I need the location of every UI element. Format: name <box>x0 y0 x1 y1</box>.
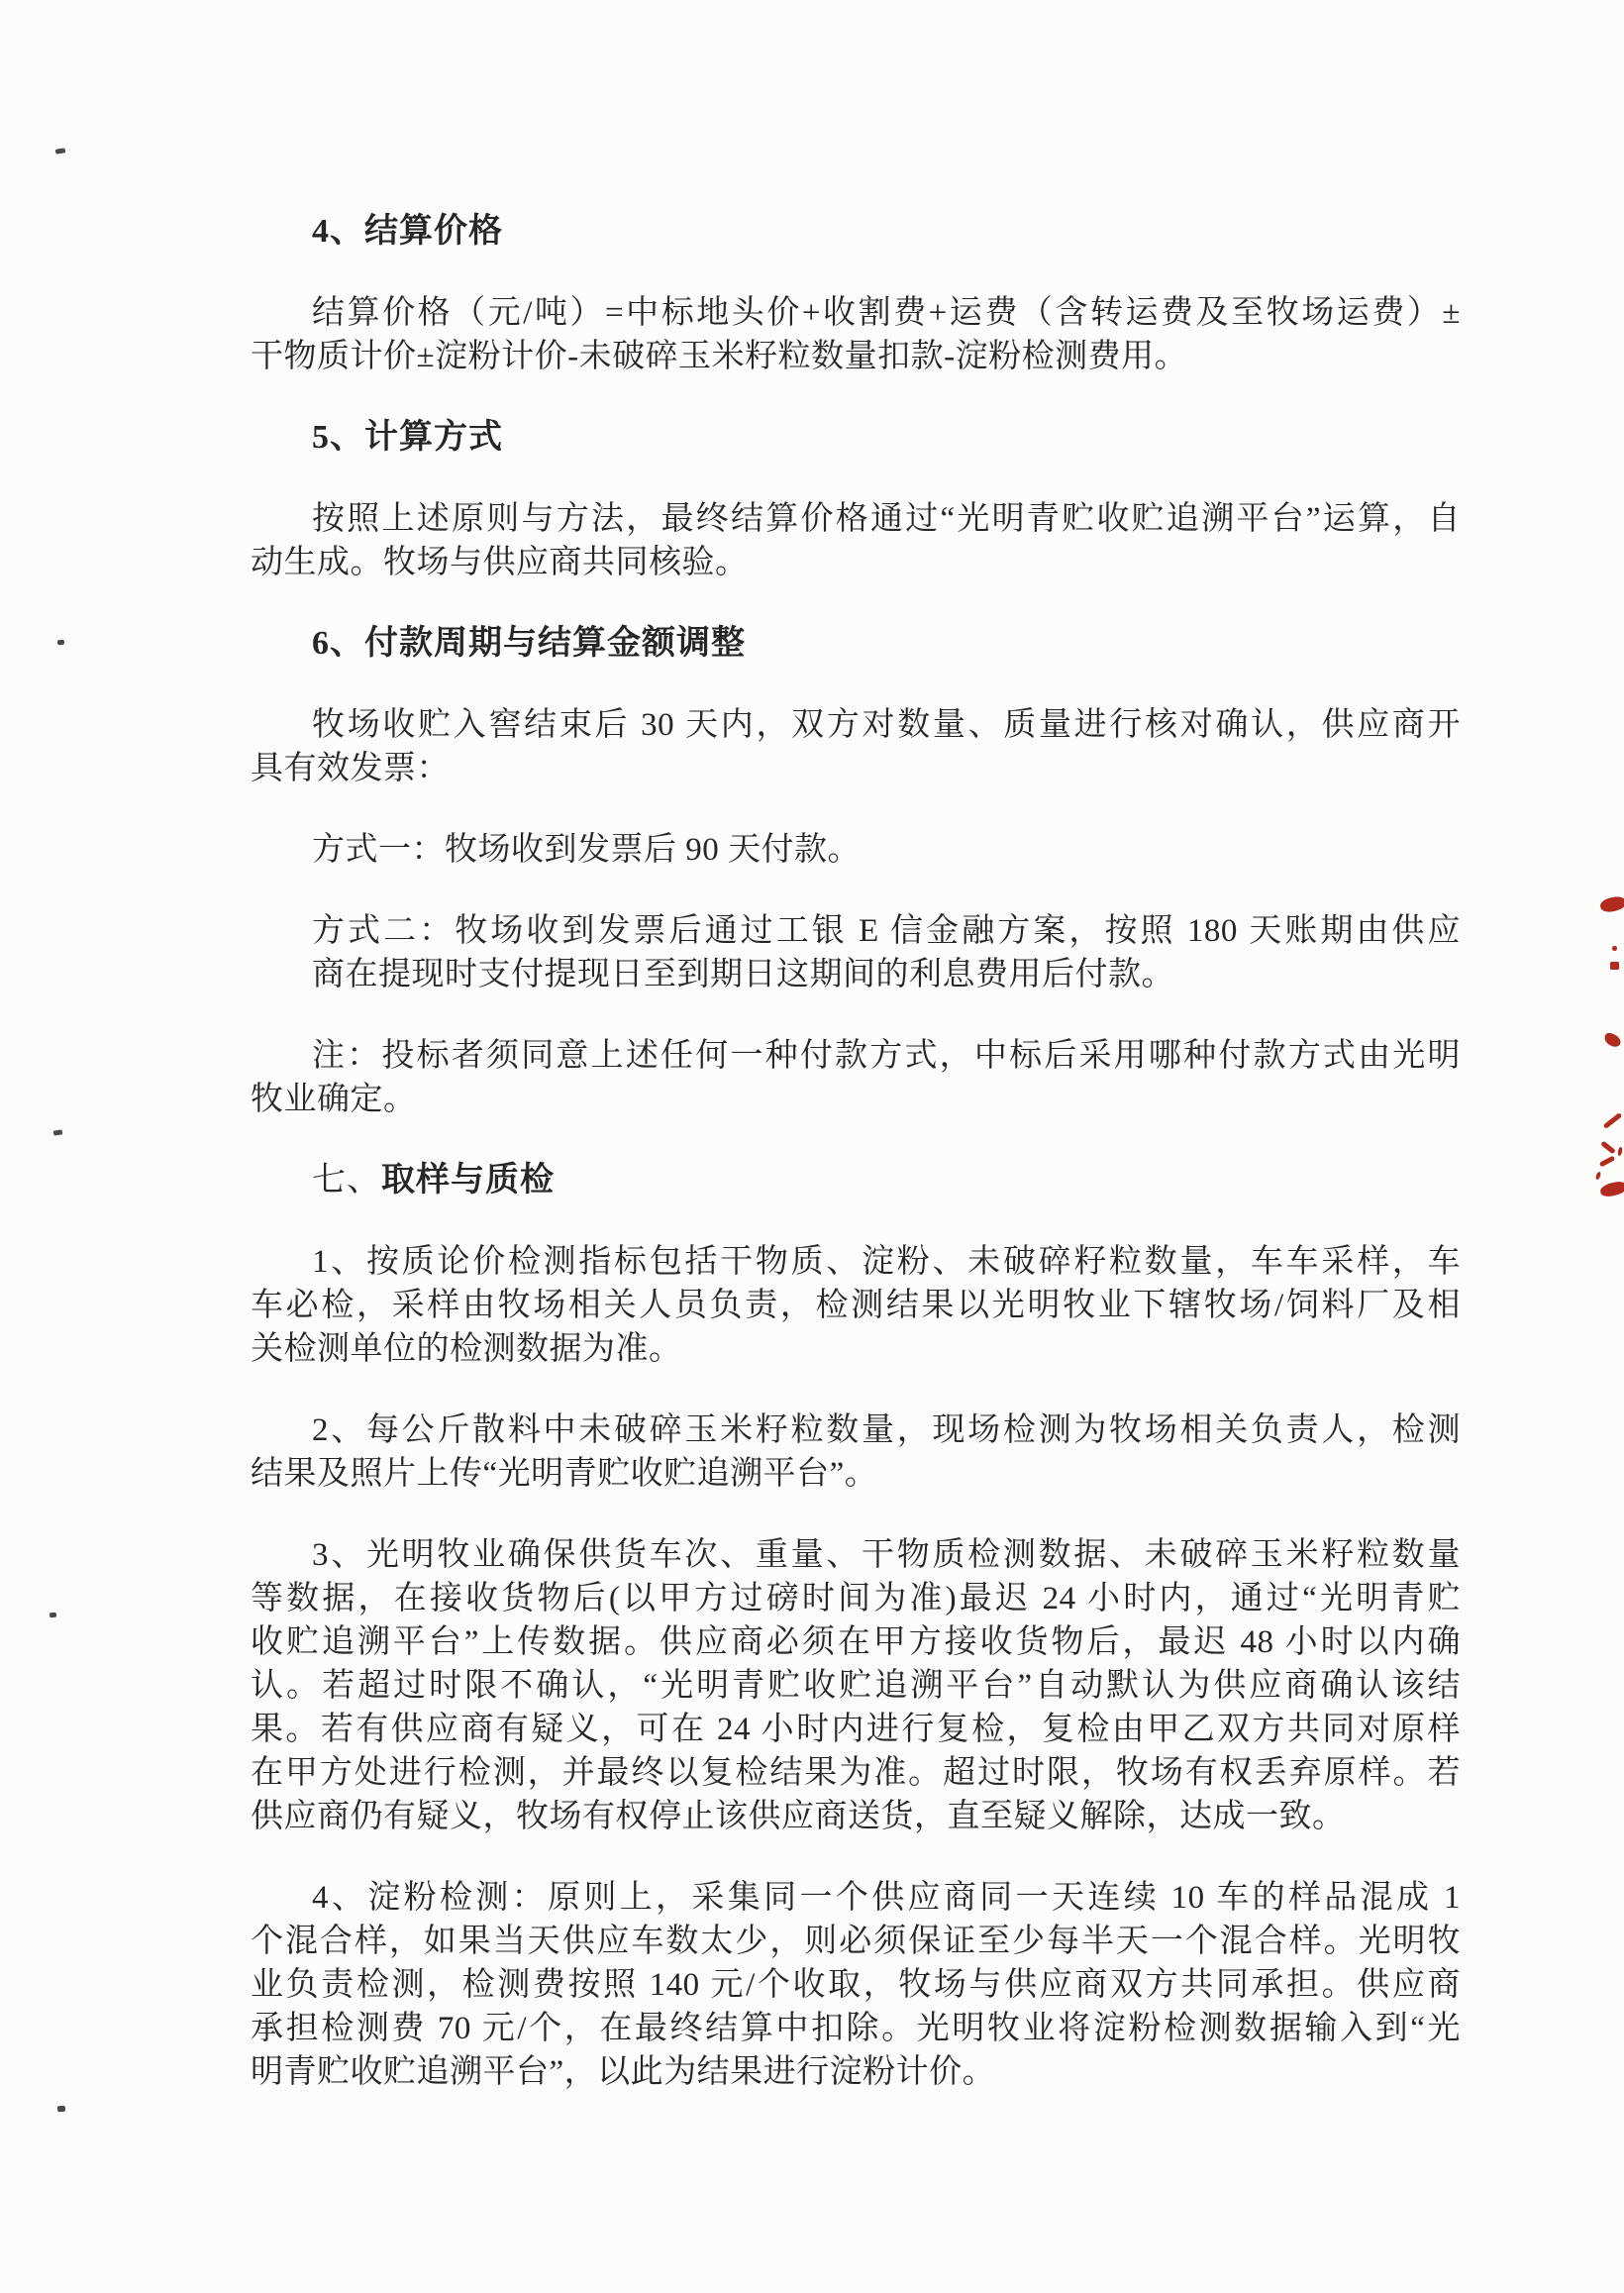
text-line: 明青贮收贮追溯平台”，以此为结果进行淀粉计价。 <box>251 2050 1461 2094</box>
heading-7-number: 七、 <box>312 1162 381 1199</box>
text-line: 车必检，采样由牧场相关人员负责，检测结果以光明牧业下辖牧场/饲料厂及相 <box>251 1284 1461 1327</box>
scan-dot <box>50 1613 56 1618</box>
text-line: 关检测单位的检测数据为准。 <box>251 1327 1461 1371</box>
text-line: 牧场收贮入窖结束后 30 天内，双方对数量、质量进行核对确认，供应商开 <box>251 703 1461 747</box>
text-line: 1、按质论价检测指标包括干物质、淀粉、未破碎籽粒数量，车车采样，车 <box>251 1240 1461 1284</box>
text-line: 承担检测费 70 元/个，在最终结算中扣除。光明牧业将淀粉检测数据输入到“光 <box>251 2007 1461 2050</box>
para-sampling-1: 1、按质论价检测指标包括干物质、淀粉、未破碎籽粒数量，车车采样，车 车必检，采样… <box>251 1240 1461 1371</box>
text-line: 在甲方处进行检测，并最终以复检结果为准。超过时限，牧场有权丢弃原样。若 <box>251 1751 1461 1795</box>
para-payment-method-2: 方式二：牧场收到发票后通过工银 E 信金融方案，按照 180 天账期由供应 商在… <box>251 909 1461 996</box>
document-body: 4、结算价格 结算价格（元/吨）=中标地头价+收割费+运费（含转运费及至牧场运费… <box>251 210 1461 2132</box>
para-starch-testing: 4、淀粉检测：原则上，采集同一个供应商同一天连续 10 车的样品混成 1 个混合… <box>251 1876 1461 2094</box>
para-payment-method-1: 方式一：牧场收到发票后 90 天付款。 <box>251 828 1461 872</box>
para-payment-note: 注：投标者须同意上述任何一种付款方式，中标后采用哪种付款方式由光明 牧业确定。 <box>251 1034 1461 1121</box>
text-line: 认。若超过时限不确认，“光明青贮收贮追溯平台”自动默认为供应商确认该结 <box>251 1664 1461 1708</box>
document-page: 4、结算价格 结算价格（元/吨）=中标地头价+收割费+运费（含转运费及至牧场运费… <box>0 0 1624 2293</box>
text-line: 收贮追溯平台”上传数据。供应商必须在甲方接收货物后，最迟 48 小时以内确 <box>251 1620 1461 1664</box>
red-stamp-fragment <box>1595 1172 1601 1181</box>
text-line: 牧业确定。 <box>251 1078 1461 1121</box>
text-line: 结果及照片上传“光明青贮收贮追溯平台”。 <box>251 1452 1461 1496</box>
text-line: 商在提现时支付提现日至到期日这期间的利息费用后付款。 <box>251 953 1461 996</box>
heading-section-4: 4、结算价格 <box>251 210 1461 254</box>
red-stamp-fragment <box>1610 962 1619 970</box>
text-line: 干物质计价±淀粉计价-未破碎玉米籽粒数量扣款-淀粉检测费用。 <box>251 335 1461 378</box>
text-line: 3、光明牧业确保供货车次、重量、干物质检测数据、未破碎玉米籽粒数量 <box>251 1533 1461 1577</box>
heading-section-5: 5、计算方式 <box>251 416 1461 460</box>
text-line: 方式一：牧场收到发票后 90 天付款。 <box>251 828 1461 872</box>
text-line: 结算价格（元/吨）=中标地头价+收割费+运费（含转运费及至牧场运费）± <box>251 291 1461 335</box>
text-line: 按照上述原则与方法，最终结算价格通过“光明青贮收贮追溯平台”运算，自 <box>251 497 1461 541</box>
red-stamp-fragment <box>1603 1032 1623 1049</box>
para-sampling-2: 2、每公斤散料中未破碎玉米籽粒数量，现场检测为牧场相关负责人，检测 结果及照片上… <box>251 1408 1461 1496</box>
text-line: 4、淀粉检测：原则上，采集同一个供应商同一天连续 10 车的样品混成 1 <box>251 1876 1461 1920</box>
scan-dot <box>57 2106 65 2113</box>
red-stamp-fragment <box>1603 1112 1623 1129</box>
text-line: 供应商仍有疑义，牧场有权停止该供应商送货，直至疑义解除，达成一致。 <box>251 1795 1461 1838</box>
text-line: 业负责检测，检测费按照 140 元/个收取，牧场与供应商双方共同承担。供应商 <box>251 1963 1461 2007</box>
red-stamp-fragment <box>1599 1156 1615 1168</box>
text-line: 2、每公斤散料中未破碎玉米籽粒数量，现场检测为牧场相关负责人，检测 <box>251 1408 1461 1452</box>
para-calculation-method: 按照上述原则与方法，最终结算价格通过“光明青贮收贮追溯平台”运算，自 动生成。牧… <box>251 497 1461 584</box>
red-stamp-fragment <box>1617 1147 1623 1157</box>
red-stamp-fragment <box>1599 894 1624 913</box>
scan-dot <box>53 1129 63 1135</box>
scan-dot <box>57 640 64 646</box>
para-settlement-formula: 结算价格（元/吨）=中标地头价+收割费+运费（含转运费及至牧场运费）± 干物质计… <box>251 291 1461 378</box>
red-stamp-fragment <box>1600 1141 1616 1155</box>
text-line: 方式二：牧场收到发票后通过工银 E 信金融方案，按照 180 天账期由供应 <box>251 909 1461 953</box>
text-line: 个混合样，如果当天供应车数太少，则必须保证至少每半天一个混合样。光明牧 <box>251 1920 1461 1963</box>
text-line: 具有效发票： <box>251 747 1461 790</box>
text-line: 注：投标者须同意上述任何一种付款方式，中标后采用哪种付款方式由光明 <box>251 1034 1461 1078</box>
text-line: 果。若有供应商有疑义，可在 24 小时内进行复检，复检由甲乙双方共同对原样 <box>251 1708 1461 1751</box>
heading-7-title: 取样与质检 <box>381 1162 555 1199</box>
para-payment-cycle: 牧场收贮入窖结束后 30 天内，双方对数量、质量进行核对确认，供应商开 具有效发… <box>251 703 1461 790</box>
heading-section-7: 七、取样与质检 <box>251 1159 1461 1202</box>
para-sampling-3: 3、光明牧业确保供货车次、重量、干物质检测数据、未破碎玉米籽粒数量 等数据，在接… <box>251 1533 1461 1838</box>
red-stamp-fragment <box>1599 1180 1624 1199</box>
scan-dot <box>55 148 66 154</box>
text-line: 等数据，在接收货物后(以甲方过磅时间为准)最迟 24 小时内，通过“光明青贮 <box>251 1577 1461 1620</box>
heading-section-6: 6、付款周期与结算金额调整 <box>251 622 1461 666</box>
red-stamp-fragment <box>1612 946 1617 951</box>
text-line: 动生成。牧场与供应商共同核验。 <box>251 541 1461 584</box>
